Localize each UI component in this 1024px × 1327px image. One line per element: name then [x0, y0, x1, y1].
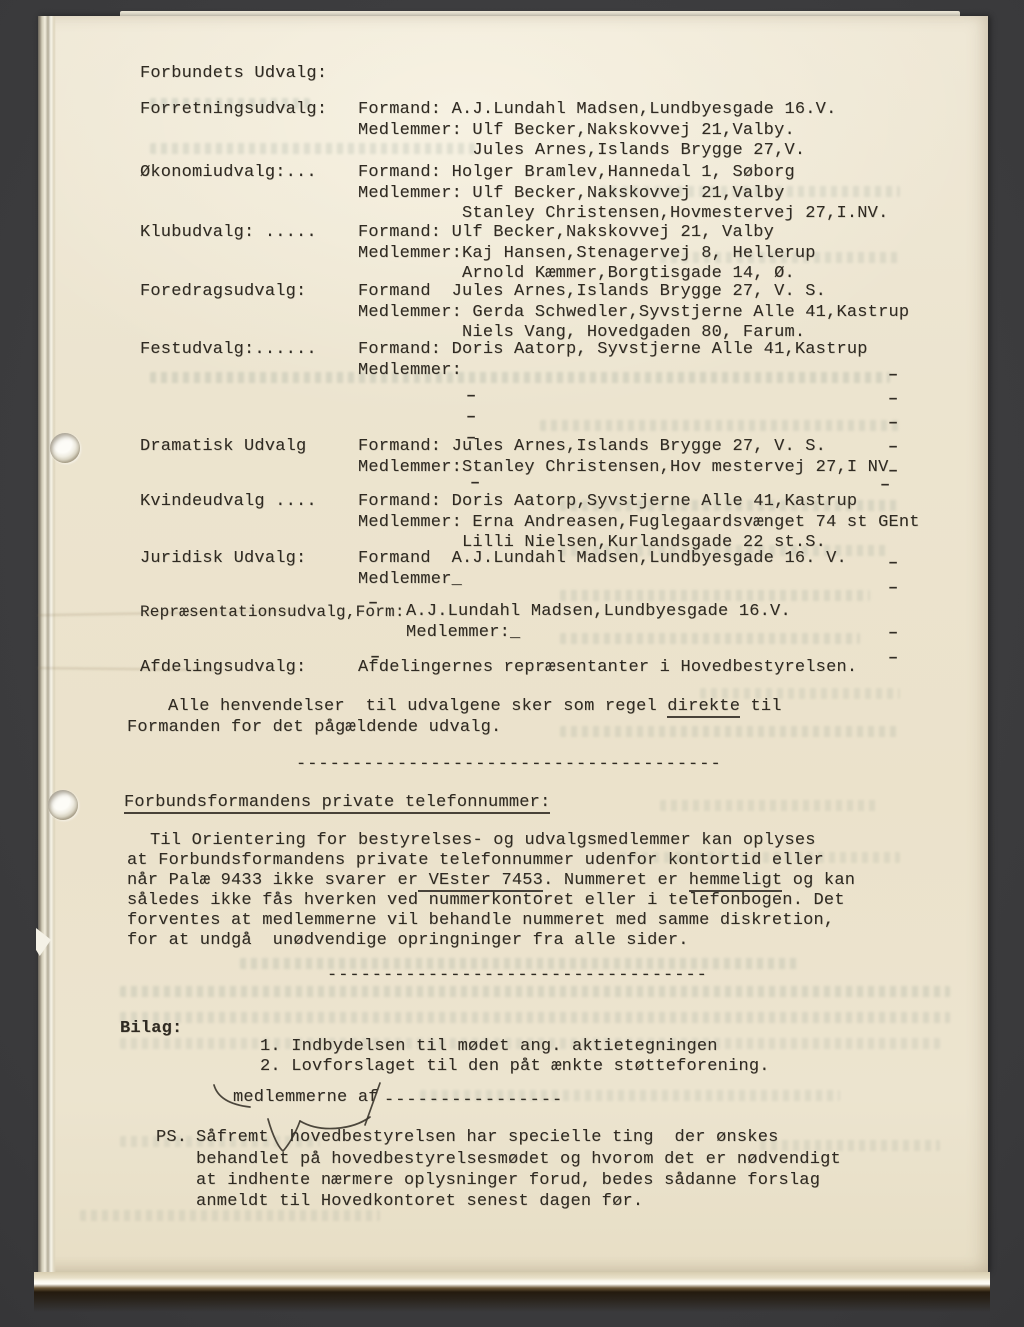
phone-line-2: at Forbundsformandens private telefonnum…: [127, 851, 824, 872]
ditto-mark: –: [880, 476, 890, 495]
committee-body: A.J.Lundahl Madsen,Lundbyesgade 16.V. Me…: [406, 602, 791, 643]
paper-stack-bottom-edge: [34, 1272, 990, 1312]
ditto-mark: –: [888, 579, 898, 598]
committee-name: Kvindeudvalg ....: [140, 492, 317, 513]
ditto-mark: –: [368, 594, 378, 613]
phone-line-1: Til Orientering for bestyrelses- og udva…: [150, 831, 816, 852]
document-title: Forbundets Udvalg:: [140, 64, 327, 85]
paper-stack-left-edge: [38, 16, 56, 1272]
bleedthrough-ghost-line: [540, 420, 900, 431]
ps-label: PS.: [156, 1128, 187, 1149]
hole-punch-bottom: [48, 790, 78, 820]
phone-heading-text: Forbundsformandens private telefonnummer…: [124, 793, 550, 814]
bleedthrough-ghost-line: [560, 590, 870, 601]
bleedthrough-ghost-line: [120, 986, 950, 997]
phone-line-3: når Palæ 9433 ikke svarer er VEster 7453…: [127, 871, 855, 892]
committee-name: Afdelingsudvalg:: [140, 658, 306, 679]
committee-name: Klubudvalg: .....: [140, 223, 317, 244]
committee-body: Formand: Ulf Becker,Nakskovvej 21, Valby…: [358, 223, 816, 285]
ditto-mark: –: [888, 366, 898, 385]
bleedthrough-ghost-line: [120, 1012, 950, 1023]
bilag-label: Bilag:: [120, 1019, 182, 1040]
committee-body: Formand: A.J.Lundahl Madsen,Lundbyesgade…: [358, 100, 836, 162]
committee-body: Afdelingernes repræsentanter i Hovedbest…: [358, 658, 857, 679]
ditto-mark: –: [470, 474, 480, 493]
ditto-mark: –: [888, 438, 898, 457]
secret-word-underlined: hemmeligt: [689, 871, 783, 892]
dashed-separator: ----------------------------------: [327, 966, 708, 987]
committee-name: Dramatisk Udvalg: [140, 437, 306, 458]
hole-punch-top: [50, 433, 80, 463]
ditto-mark: –: [888, 414, 898, 433]
dashed-separator: --------------------------------------: [296, 755, 722, 776]
ditto-mark: –: [888, 649, 898, 668]
scanned-document-scene: Forbundets Udvalg: Forretningsudvalg: Fo…: [0, 0, 1024, 1327]
committee-body: Formand: Doris Aatorp, Syvstjerne Alle 4…: [358, 340, 868, 381]
ditto-mark: –: [466, 408, 476, 427]
phone-line-6: for at undgå unødvendige opringninger fr…: [127, 931, 689, 952]
note-line-2: Formanden for det pågældende udvalg.: [127, 718, 501, 739]
note-pre: Alle henvendelser til udvalgene sker som…: [168, 697, 667, 716]
committee-name: Juridisk Udvalg:: [140, 549, 306, 570]
committee-name: Foredragsudvalg:: [140, 282, 306, 303]
note-underlined-word: direkte: [667, 697, 740, 718]
bleedthrough-ghost-line: [560, 726, 900, 737]
ditto-mark: –: [370, 648, 380, 667]
phone-line-3-post: og kan: [782, 871, 855, 890]
bilag-item-1: 1. Indbydelsen til mødet ang. aktietegni…: [260, 1037, 718, 1058]
committee-body: Formand: Holger Bramlev,Hannedal 1, Søbo…: [358, 163, 889, 225]
committee-body: Formand: Doris Aatorp,Syvstjerne Alle 41…: [358, 492, 920, 554]
phone-line-3-pre: når Palæ 9433 ikke svarer er: [127, 871, 418, 890]
document-page: Forbundets Udvalg: Forretningsudvalg: Fo…: [38, 16, 988, 1272]
phone-line-5: forventes at medlemmerne vil behandle nu…: [127, 911, 834, 932]
phone-line-4: således ikke fås hverken ved nummerkonto…: [127, 891, 845, 912]
ps-line-4: anmeldt til Hovedkontoret senest dagen f…: [196, 1192, 643, 1213]
ditto-mark: –: [888, 624, 898, 643]
phone-section-heading: Forbundsformandens private telefonnummer…: [124, 793, 550, 814]
ps-line-3: at indhente nærmere oplysninger forud, b…: [196, 1171, 820, 1192]
note-post: til: [740, 697, 782, 716]
committee-body: Formand: Jules Arnes,Islands Brygge 27, …: [358, 437, 889, 478]
phone-line-3-mid: . Nummeret er: [543, 871, 689, 890]
committee-name: Repræsentationsudvalg,Form:: [140, 602, 405, 623]
ps-line-2: behandlet på hovedbestyrelsesmødet og hv…: [196, 1150, 841, 1171]
ditto-mark: –: [466, 429, 476, 448]
ditto-mark: –: [466, 387, 476, 406]
phone-number-underlined: VEster 7453: [418, 871, 543, 892]
note-line-1: Alle henvendelser til udvalgene sker som…: [168, 697, 782, 718]
committee-name: Forretningsudvalg:: [140, 100, 327, 121]
committee-body: Formand Jules Arnes,Islands Brygge 27, V…: [358, 282, 909, 344]
ditto-mark: –: [888, 390, 898, 409]
ps-line-1: Såfremt hovedbestyrelsen har specielle t…: [196, 1128, 779, 1149]
ditto-mark: –: [888, 554, 898, 573]
bleedthrough-ghost-line: [660, 800, 880, 811]
committee-name: Festudvalg:......: [140, 340, 317, 361]
committee-body: Formand A.J.Lundahl Madsen,Lundbyesgade …: [358, 549, 847, 590]
committee-name: Økonomiudvalg:...: [140, 163, 317, 184]
